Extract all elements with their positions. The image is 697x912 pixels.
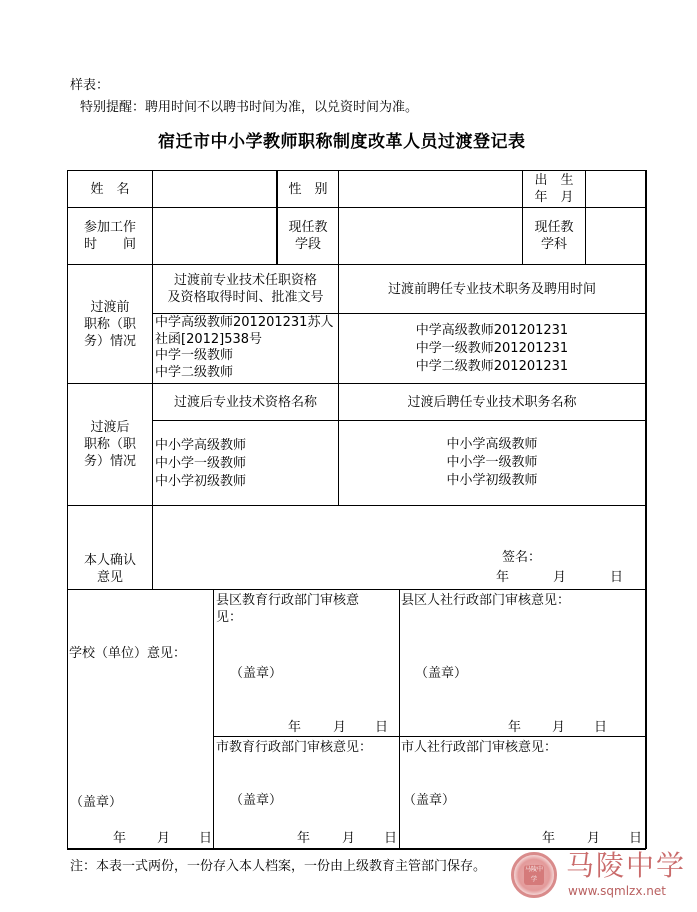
confirm-label-line2: 意见 bbox=[68, 569, 152, 586]
before-qual-header-line2: 及资格取得时间、批准文号 bbox=[167, 289, 323, 306]
county-hr-seal: （盖章） bbox=[415, 665, 467, 682]
gender-field[interactable] bbox=[339, 171, 522, 207]
before-label-line2: 职称（职 bbox=[84, 316, 136, 333]
after-label-line3: 务）情况 bbox=[84, 453, 136, 470]
before-transition-label: 过渡前 职称（职 务）情况 bbox=[68, 265, 152, 383]
confirm-label-line1: 本人确认 bbox=[68, 552, 152, 569]
before-appointment-header: 过渡前聘任专业技术职务及聘用时间 bbox=[339, 265, 645, 313]
city-edu-month: 月 bbox=[342, 830, 355, 847]
name-label-text: 姓 名 bbox=[90, 181, 129, 198]
table-border-bottom bbox=[67, 848, 646, 850]
name-field[interactable] bbox=[153, 171, 276, 207]
county-hr-year: 年 bbox=[508, 719, 521, 736]
work-start-field[interactable] bbox=[153, 208, 276, 264]
confirm-year: 年 bbox=[496, 569, 509, 586]
list-item: 中小学一级教师 bbox=[446, 454, 537, 472]
list-item: 中小学高级教师 bbox=[155, 437, 338, 455]
county-hr-month: 月 bbox=[552, 719, 565, 736]
county-edu-year: 年 bbox=[288, 719, 301, 736]
teaching-subject-line1: 现任教 bbox=[534, 219, 573, 236]
city-edu-seal: （盖章） bbox=[230, 792, 282, 809]
before-qualification-values[interactable]: 中学高级教师201201231苏人 社函[2012]538号 中学一级教师 中学… bbox=[155, 315, 338, 383]
confirm-month: 月 bbox=[553, 569, 566, 586]
school-opinion-label: 学校（单位）意见： bbox=[69, 645, 186, 662]
county-edu-seal: （盖章） bbox=[230, 665, 282, 682]
county-edu-day: 日 bbox=[375, 719, 388, 736]
seal-inner: 马陵中学 bbox=[524, 865, 544, 885]
name-label: 姓 名 bbox=[68, 171, 152, 207]
table-border-right bbox=[645, 170, 647, 849]
school-year: 年 bbox=[113, 830, 126, 847]
city-edu-year: 年 bbox=[297, 830, 310, 847]
list-item: 中小学一级教师 bbox=[155, 455, 338, 473]
birth-field[interactable] bbox=[586, 171, 645, 207]
teaching-subject-line2: 学科 bbox=[541, 236, 567, 253]
list-item: 中学二级教师 bbox=[155, 365, 338, 382]
after-transition-label: 过渡后 职称（职 务）情况 bbox=[68, 384, 152, 505]
gender-label-text: 性 别 bbox=[288, 181, 327, 198]
birth-label: 出 生 年 月 bbox=[523, 171, 585, 207]
before-appointment-values[interactable]: 中学高级教师201201231 中学一级教师201201231 中学二级教师20… bbox=[339, 314, 645, 383]
school-seal: （盖章） bbox=[70, 794, 122, 811]
city-hr-year: 年 bbox=[542, 830, 555, 847]
county-edu-label-line1: 县区教育行政部门审核意 bbox=[216, 592, 359, 609]
teaching-stage-line1: 现任教 bbox=[288, 219, 327, 236]
city-hr-month: 月 bbox=[587, 830, 600, 847]
gender-label: 性 别 bbox=[278, 171, 338, 207]
after-label-line2: 职称（职 bbox=[84, 436, 136, 453]
city-edu-label: 市教育行政部门审核意见： bbox=[216, 739, 372, 756]
after-qualification-values[interactable]: 中小学高级教师 中小学一级教师 中小学初级教师 bbox=[155, 437, 338, 497]
city-hr-day: 日 bbox=[629, 830, 642, 847]
city-hr-label: 市人社行政部门审核意见： bbox=[401, 739, 557, 756]
work-start-label: 参加工作 时 间 bbox=[68, 208, 152, 264]
confirm-day: 日 bbox=[610, 569, 623, 586]
school-seal-logo-icon: 马陵中学 bbox=[511, 852, 557, 898]
list-item: 中学高级教师201201231苏人 bbox=[155, 315, 338, 332]
county-hr-label: 县区人社行政部门审核意见： bbox=[401, 592, 570, 609]
after-qual-header-text: 过渡后专业技术资格名称 bbox=[174, 394, 317, 411]
list-item: 中小学高级教师 bbox=[446, 436, 537, 454]
county-hr-day: 日 bbox=[594, 719, 607, 736]
after-label-line1: 过渡后 bbox=[90, 419, 129, 436]
footer-note: 注：本表一式两份，一份存入本人档案，一份由上级教育主管部门保存。 bbox=[70, 858, 486, 876]
sample-label: 样表： bbox=[70, 77, 109, 95]
watermark-url: www.sqmlzx.net bbox=[568, 884, 666, 898]
teaching-subject-field[interactable] bbox=[586, 208, 645, 264]
city-hr-seal: （盖章） bbox=[403, 792, 455, 809]
list-item: 中小学初级教师 bbox=[155, 473, 338, 491]
after-appointment-values[interactable]: 中小学高级教师 中小学一级教师 中小学初级教师 bbox=[339, 421, 645, 505]
before-appoint-header-text: 过渡前聘任专业技术职务及聘用时间 bbox=[388, 281, 596, 298]
list-item: 中小学初级教师 bbox=[446, 472, 537, 490]
list-item: 中学一级教师 bbox=[155, 348, 338, 365]
before-qualification-header: 过渡前专业技术任职资格 及资格取得时间、批准文号 bbox=[153, 265, 338, 313]
teaching-stage-field[interactable] bbox=[339, 208, 522, 264]
birth-label-line1: 出 生 bbox=[534, 172, 573, 189]
confirm-label: 本人确认 意见 bbox=[68, 552, 152, 586]
after-qualification-header: 过渡后专业技术资格名称 bbox=[153, 384, 338, 420]
form-title: 宿迁市中小学教师职称制度改革人员过渡登记表 bbox=[158, 130, 526, 154]
city-edu-day: 日 bbox=[384, 830, 397, 847]
county-edu-label-line2: 见： bbox=[216, 609, 242, 626]
signature-label: 签名： bbox=[502, 549, 541, 566]
confirm-field[interactable] bbox=[153, 506, 645, 589]
work-start-label-line1: 参加工作 bbox=[84, 219, 136, 236]
teaching-subject-label: 现任教 学科 bbox=[523, 208, 585, 264]
before-qual-header-line1: 过渡前专业技术任职资格 bbox=[174, 272, 317, 289]
after-appoint-header-text: 过渡后聘任专业技术职务名称 bbox=[407, 394, 576, 411]
list-item: 社函[2012]538号 bbox=[155, 332, 338, 349]
after-appointment-header: 过渡后聘任专业技术职务名称 bbox=[339, 384, 645, 420]
work-start-label-line2: 时 间 bbox=[84, 236, 136, 253]
school-month: 月 bbox=[157, 830, 170, 847]
list-item: 中学高级教师201201231 bbox=[416, 322, 568, 340]
teaching-stage-label: 现任教 学段 bbox=[278, 208, 338, 264]
birth-label-line2: 年 月 bbox=[534, 189, 573, 206]
teaching-stage-line2: 学段 bbox=[295, 236, 321, 253]
special-reminder: 特别提醒：聘用时间不以聘书时间为准，以兑资时间为准。 bbox=[80, 99, 418, 117]
list-item: 中学一级教师201201231 bbox=[416, 340, 568, 358]
before-label-line1: 过渡前 bbox=[90, 299, 129, 316]
school-day: 日 bbox=[199, 830, 212, 847]
list-item: 中学二级教师201201231 bbox=[416, 358, 568, 376]
county-edu-month: 月 bbox=[333, 719, 346, 736]
county-hr-opinion-field[interactable] bbox=[400, 590, 645, 736]
watermark-school-name: 马陵中学 bbox=[566, 850, 686, 882]
before-label-line3: 务）情况 bbox=[84, 333, 136, 350]
